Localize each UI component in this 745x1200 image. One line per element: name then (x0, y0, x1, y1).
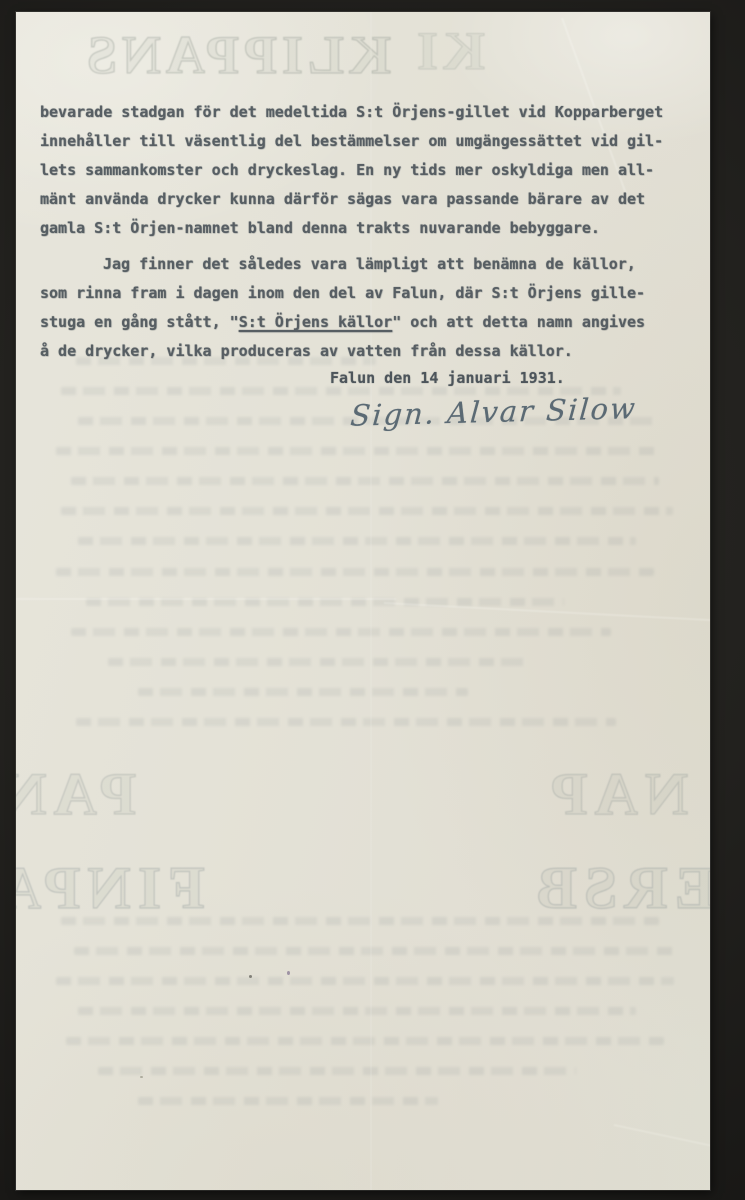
paragraph-1: bevarade stadgan för det medeltida S:t Ö… (40, 98, 690, 243)
paragraph-2-line-1: Jag finner det således vara lämpligt att… (40, 250, 690, 279)
ghost-typed-line (138, 688, 468, 696)
fold-crease-horizontal-left (16, 598, 396, 600)
ghost-letterhead-top: KLIPPANS (82, 24, 391, 86)
paragraph-2-line-2: som rinna fram i dagen inom den del av F… (40, 279, 690, 308)
ghost-typed-line (61, 507, 673, 515)
photo-mat: KLIPPANS KI PANS NAP FINPA PERSB (0, 0, 745, 1200)
paragraph-1-line-2: innehåller till väsentlig del bestämmels… (40, 127, 690, 156)
paragraph-1-line-5: gamla S:t Örjen-namnet bland denna trakt… (40, 214, 690, 243)
signature: Sign. Alvar Silow (348, 391, 632, 444)
ghost-typed-line (56, 977, 674, 985)
paragraph-1-line-3: lets sammankomster och dryckeslag. En ny… (40, 156, 690, 185)
paper-speck (287, 971, 290, 975)
paper-sheet: KLIPPANS KI PANS NAP FINPA PERSB (16, 12, 710, 1190)
ghost-typed-line (56, 568, 654, 576)
paragraph-gap (40, 243, 690, 250)
ghost-typed-line (78, 537, 636, 545)
crease-bottom-right (614, 1124, 710, 1149)
ghost-letterhead-lower-right: PERSB (530, 854, 710, 923)
ghost-typed-line (86, 598, 564, 606)
fold-crease-horizontal-right (384, 602, 710, 621)
ghost-typed-line (108, 658, 526, 666)
ghost-letterhead-mid-right: NAP (544, 760, 688, 829)
dateline: Falun den 14 januari 1931. (330, 364, 565, 393)
ghost-typed-line (56, 447, 656, 455)
paper-speck (140, 1076, 143, 1078)
ghost-letterhead-mid-left: PANS (16, 760, 136, 829)
underlined-phrase: S:t Örjens källor (239, 313, 393, 331)
ghost-typed-line (61, 917, 659, 925)
line-3-after: " och att detta namn angives (392, 313, 645, 331)
ghost-typed-line (71, 628, 611, 636)
letter-body: bevarade stadgan för det medeltida S:t Ö… (40, 98, 690, 366)
ghost-letterhead-lower-left: FINPA (16, 854, 205, 923)
paragraph-2-line-4: å de drycker, vilka produceras av vatten… (40, 337, 690, 366)
ghost-letterhead-top-right: KI (412, 20, 485, 82)
ghost-typed-line (76, 718, 616, 726)
ghost-typed-line (138, 1097, 438, 1105)
line-3-before: stuga en gång stått, " (40, 313, 239, 331)
ghost-typed-line (71, 477, 659, 485)
ghost-typed-line (98, 1067, 576, 1075)
ghost-typed-line (74, 947, 674, 955)
paragraph-1-line-1: bevarade stadgan för det medeltida S:t Ö… (40, 98, 690, 127)
paragraph-1-line-4: mänt använda drycker kunna därför sägas … (40, 185, 690, 214)
ghost-typed-line (78, 1007, 636, 1015)
ghost-typed-line (66, 1037, 664, 1045)
paragraph-2-line-3: stuga en gång stått, "S:t Örjens källor"… (40, 308, 690, 337)
paragraph-2: Jag finner det således vara lämpligt att… (40, 250, 690, 366)
paper-speck (249, 975, 252, 978)
